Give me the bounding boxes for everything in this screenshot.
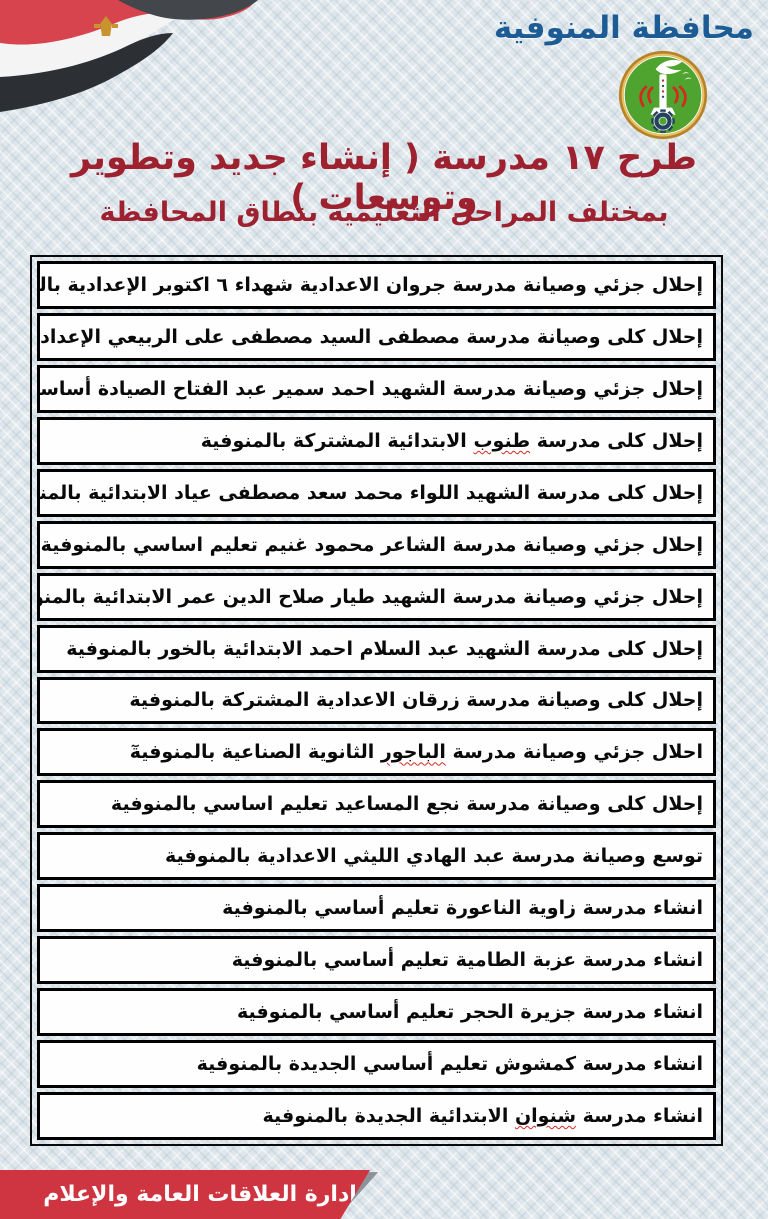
school-project-text: انشاء مدرسة جزيرة الحجر تعليم أساسي بالم…: [237, 1001, 703, 1023]
school-project-text: إحلال كلى وصيانة مدرسة مصطفى السيد مصطفى…: [37, 326, 703, 348]
school-project-text: إحلال جزئي وصيانة مدرسة جروان الاعدادية …: [37, 274, 703, 296]
governorate-name: محافظة المنوفية: [494, 10, 754, 46]
table-row: انشاء مدرسة جزيرة الحجر تعليم أساسي بالم…: [37, 988, 716, 1036]
school-project-text: انشاء مدرسة زاوية الناعورة تعليم أساسي ب…: [222, 897, 703, 919]
school-project-text: إحلال كلى مدرسة الشهيد عبد السلام احمد ا…: [66, 638, 703, 660]
department-label: إدارة العلاقات العامة والإعلام: [43, 1182, 357, 1207]
menoufia-emblem-icon: [618, 50, 708, 140]
table-row: انشاء مدرسة شنوان الابتدائية الجديدة بال…: [37, 1092, 716, 1140]
table-row: إحلال جزئي وصيانة مدرسة الشاعر محمود غني…: [37, 521, 716, 569]
school-project-text: إحلال كلى وصيانة مدرسة نجع المساعيد تعلي…: [111, 793, 703, 815]
table-row: احلال جزئي وصيانة مدرسة الباجور الثانوية…: [37, 728, 716, 776]
table-row: توسع وصيانة مدرسة عبد الهادي الليثي الاع…: [37, 832, 716, 880]
table-row: إحلال جزئي وصيانة مدرسة جروان الاعدادية …: [37, 261, 716, 309]
table-row: انشاء مدرسة زاوية الناعورة تعليم أساسي ب…: [37, 884, 716, 932]
table-row: انشاء مدرسة عزبة الطامية تعليم أساسي بال…: [37, 936, 716, 984]
school-project-text: إحلال كلى وصيانة مدرسة زرقان الاعدادية ا…: [129, 689, 703, 711]
table-row: انشاء مدرسة كمشوش تعليم أساسي الجديدة با…: [37, 1040, 716, 1088]
announcement-page: محافظة المنوفية: [0, 0, 768, 1219]
table-row: إحلال كلى مدرسة الشهيد اللواء محمد سعد م…: [37, 469, 716, 517]
egypt-flag-icon: [0, 0, 262, 122]
table-row: إحلال كلى مدرسة الشهيد عبد السلام احمد ا…: [37, 625, 716, 673]
school-project-text: إحلال كلى مدرسة الشهيد اللواء محمد سعد م…: [37, 482, 703, 504]
school-project-text: إحلال جزئي وصيانة مدرسة الشاعر محمود غني…: [41, 534, 703, 556]
table-row: إحلال كلى مدرسة طنوب الابتدائية المشتركة…: [37, 417, 716, 465]
school-project-text: توسع وصيانة مدرسة عبد الهادي الليثي الاع…: [165, 845, 703, 867]
page-subtitle: بمختلف المراحل التعليمية بنطاق المحافظة: [0, 197, 768, 228]
gear: [651, 109, 674, 132]
school-project-text: انشاء مدرسة كمشوش تعليم أساسي الجديدة با…: [197, 1053, 703, 1075]
school-project-text: انشاء مدرسة شنوان الابتدائية الجديدة بال…: [262, 1105, 703, 1127]
table-row: إحلال كلى وصيانة مدرسة نجع المساعيد تعلي…: [37, 780, 716, 828]
footer-banner: إدارة العلاقات العامة والإعلام: [0, 1170, 370, 1219]
school-project-text: إحلال جزئي وصيانة مدرسة الشهيد احمد سمير…: [37, 378, 703, 400]
table-row: إحلال جزئي وصيانة مدرسة الشهيد احمد سمير…: [37, 365, 716, 413]
school-project-text: إحلال كلى مدرسة طنوب الابتدائية المشتركة…: [201, 430, 703, 452]
table-row: إحلال كلى وصيانة مدرسة مصطفى السيد مصطفى…: [37, 313, 716, 361]
table-row: إحلال كلى وصيانة مدرسة زرقان الاعدادية ا…: [37, 677, 716, 725]
school-project-text: انشاء مدرسة عزبة الطامية تعليم أساسي بال…: [232, 949, 703, 971]
table-row: إحلال جزئي وصيانة مدرسة الشهيد طيار صلاح…: [37, 573, 716, 621]
school-project-text: احلال جزئي وصيانة مدرسة الباجور الثانوية…: [130, 741, 703, 763]
schools-table: إحلال جزئي وصيانة مدرسة جروان الاعدادية …: [30, 255, 723, 1146]
school-project-text: إحلال جزئي وصيانة مدرسة الشهيد طيار صلاح…: [37, 586, 703, 608]
